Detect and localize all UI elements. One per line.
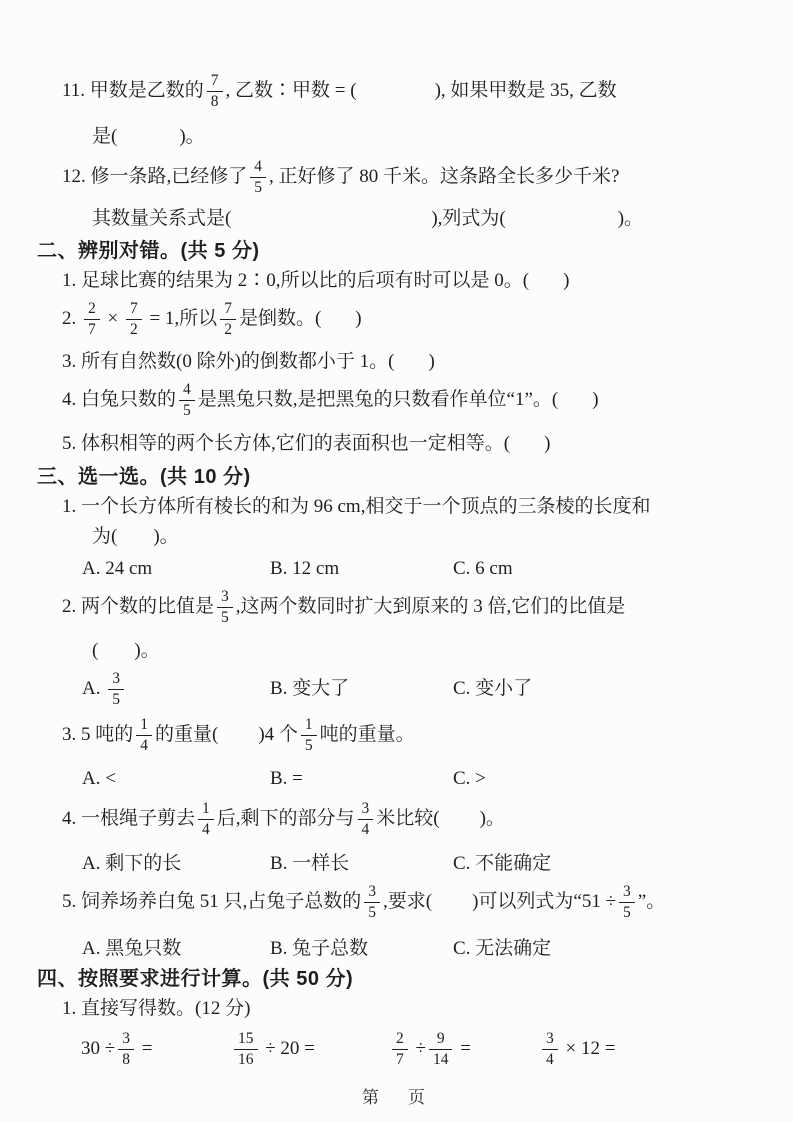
question-line-wrap: 为()。: [92, 522, 793, 552]
exam-body: 11. 甲数是乙数的78, 乙数∶甲数 = (), 如果甲数是 35, 乙数是(…: [0, 68, 793, 1072]
fraction-numerator: 2: [84, 300, 100, 319]
fraction-numerator: 15: [234, 1030, 258, 1049]
fraction: 78: [207, 72, 223, 111]
options-row: A. 黑兔只数B. 兔子总数C. 无法确定: [82, 934, 793, 964]
text-run: ×: [103, 305, 123, 333]
text-run: 2. 两个数的比值是: [62, 593, 214, 621]
text-run: )。: [480, 805, 505, 833]
text-run: 米比较(: [376, 805, 439, 833]
answer-blank: [440, 818, 480, 820]
fraction-denominator: 4: [542, 1049, 558, 1069]
text-run: )4 个: [258, 721, 298, 749]
options-row: A. <B. =C. >: [82, 764, 793, 794]
fraction-denominator: 4: [136, 735, 152, 755]
fraction: 914: [429, 1030, 453, 1069]
fraction: 72: [220, 300, 236, 339]
fraction-numerator: 3: [364, 883, 380, 902]
text-run: =: [137, 1035, 152, 1063]
text-run: B. 兔子总数: [270, 935, 368, 963]
text-run: )可以列式为“51 ÷: [472, 888, 616, 916]
answer-blank: [321, 318, 355, 320]
answer-blank: [98, 650, 134, 652]
question-line: 4. 一根绳子剪去14后,剩下的部分与34米比较()。: [62, 796, 793, 842]
text-run: ÷ 20 =: [261, 1035, 315, 1063]
text-run: ): [592, 386, 598, 414]
fraction-numerator: 4: [250, 158, 266, 177]
question-line: 5. 体积相等的两个长方体,它们的表面积也一定相等。(): [62, 429, 793, 459]
page-footer: 第 页: [0, 1083, 793, 1108]
fraction-denominator: 16: [234, 1049, 258, 1069]
calc-row: 30 ÷38 =1516 ÷ 20 =27 ÷914 =34 × 12 =: [81, 1026, 793, 1072]
text-run: 5. 饲养场养白兔 51 只,占兔子总数的: [62, 888, 361, 916]
question-line: 1. 一个长方体所有棱长的和为 96 cm,相交于一个顶点的三条棱的长度和: [62, 492, 793, 522]
fraction-denominator: 5: [364, 902, 380, 922]
text-run: 11. 甲数是乙数的: [62, 77, 204, 105]
answer-blank: [218, 734, 258, 736]
fraction-denominator: 5: [217, 607, 233, 627]
option-item: B. 变大了: [270, 675, 453, 703]
calc-item: 27 ÷914 =: [389, 1030, 539, 1069]
calc-item: 34 × 12 =: [539, 1030, 793, 1069]
text-run: 四、按照要求进行计算。(共 50 分): [37, 965, 353, 993]
fraction: 45: [250, 158, 266, 197]
fraction-numerator: 3: [217, 588, 233, 607]
option-item: A. 35: [82, 670, 270, 709]
fraction: 72: [126, 300, 142, 339]
calc-item: 30 ÷38 =: [81, 1030, 231, 1069]
option-item: B. =: [270, 765, 453, 793]
text-run: 1. 一个长方体所有棱长的和为 96 cm,相交于一个顶点的三条棱的长度和: [62, 493, 650, 521]
text-run: C. 无法确定: [453, 935, 551, 963]
text-run: ): [544, 430, 550, 458]
fraction: 34: [542, 1030, 558, 1069]
fraction: 35: [217, 588, 233, 627]
question-line-wrap: 是()。: [92, 122, 793, 152]
question-line-wrap: 其数量关系式是(),列式为()。: [92, 204, 793, 234]
text-run: 二、辨别对错。(共 5 分): [37, 237, 260, 265]
option-item: C. 6 cm: [453, 555, 793, 583]
text-run: )。: [618, 205, 643, 233]
option-item: A. 剩下的长: [82, 850, 270, 878]
fraction: 27: [84, 300, 100, 339]
text-run: 1. 直接写得数。(12 分): [62, 995, 250, 1023]
text-run: 的重量(: [155, 721, 218, 749]
question-line: 3. 所有自然数(0 除外)的倒数都小于 1。(): [62, 347, 793, 377]
text-run: 是黑兔只数,是把黑兔的只数看作单位“1”。(: [198, 386, 558, 414]
answer-blank: [506, 218, 618, 220]
calc-item: 1516 ÷ 20 =: [231, 1030, 389, 1069]
option-item: C. 变小了: [453, 675, 793, 703]
option-item: C. 无法确定: [453, 935, 793, 963]
text-run: 30 ÷: [81, 1035, 115, 1063]
fraction: 15: [301, 716, 317, 755]
option-item: C. 不能确定: [453, 850, 793, 878]
fraction-numerator: 7: [220, 300, 236, 319]
text-run: C. >: [453, 765, 486, 793]
question-line: 11. 甲数是乙数的78, 乙数∶甲数 = (), 如果甲数是 35, 乙数: [62, 68, 793, 114]
text-run: × 12 =: [561, 1035, 616, 1063]
fraction-denominator: 5: [301, 735, 317, 755]
text-run: 其数量关系式是(: [92, 205, 231, 233]
fraction-denominator: 7: [392, 1049, 408, 1069]
text-run: ), 如果甲数是 35, 乙数: [435, 77, 617, 105]
text-run: 3. 5 吨的: [62, 721, 133, 749]
text-run: B. 变大了: [270, 675, 349, 703]
fraction-denominator: 2: [220, 319, 236, 339]
fraction-denominator: 5: [250, 177, 266, 197]
text-run: 2.: [62, 305, 81, 333]
text-run: A. 黑兔只数: [82, 935, 181, 963]
text-run: , 乙数∶甲数 = (: [226, 77, 357, 105]
option-item: B. 一样长: [270, 850, 453, 878]
fraction-numerator: 7: [207, 72, 223, 91]
exam-page: 11. 甲数是乙数的78, 乙数∶甲数 = (), 如果甲数是 35, 乙数是(…: [0, 0, 793, 1122]
text-run: 1. 足球比赛的结果为 2∶0,所以比的后项有时可以是 0。(: [62, 267, 529, 295]
question-line: 1. 足球比赛的结果为 2∶0,所以比的后项有时可以是 0。(): [62, 266, 793, 296]
option-item: C. >: [453, 765, 793, 793]
answer-blank: [432, 901, 472, 903]
fraction-numerator: 3: [118, 1030, 134, 1049]
option-item: B. 12 cm: [270, 555, 453, 583]
text-run: ): [355, 305, 361, 333]
answer-blank: [510, 443, 544, 445]
question-line: 4. 白兔只数的45是黑兔只数,是把黑兔的只数看作单位“1”。(): [62, 377, 793, 423]
text-run: , 正好修了 80 千米。这条路全长多少千米?: [269, 163, 619, 191]
text-run: 4. 一根绳子剪去: [62, 805, 195, 833]
fraction: 35: [619, 883, 635, 922]
option-item: B. 兔子总数: [270, 935, 453, 963]
fraction: 34: [358, 800, 374, 839]
text-run: 4. 白兔只数的: [62, 386, 176, 414]
fraction-denominator: 8: [207, 91, 223, 111]
option-item: A. 24 cm: [82, 555, 270, 583]
fraction-numerator: 1: [136, 716, 152, 735]
question-line-wrap: ()。: [92, 636, 793, 666]
text-run: A. 剩下的长: [82, 850, 181, 878]
fraction-denominator: 4: [358, 819, 374, 839]
fraction-denominator: 5: [179, 400, 195, 420]
text-run: 为(: [92, 523, 117, 551]
question-line: 3. 5 吨的14的重量()4 个15吨的重量。: [62, 712, 793, 758]
text-run: )。: [134, 637, 159, 665]
fraction-denominator: 14: [429, 1049, 453, 1069]
text-run: ,要求(: [383, 888, 432, 916]
text-run: A.: [82, 675, 105, 703]
fraction: 35: [364, 883, 380, 922]
text-run: =: [455, 1035, 470, 1063]
fraction-numerator: 4: [179, 381, 195, 400]
fraction-numerator: 3: [619, 883, 635, 902]
text-run: C. 变小了: [453, 675, 532, 703]
section-heading: 四、按照要求进行计算。(共 50 分): [37, 964, 793, 994]
text-run: ,这两个数同时扩大到原来的 3 倍,它们的比值是: [236, 593, 626, 621]
text-run: 12. 修一条路,已经修了: [62, 163, 247, 191]
answer-blank: [558, 399, 592, 401]
text-run: C. 不能确定: [453, 850, 551, 878]
fraction: 35: [108, 670, 124, 709]
question-line: 2. 27 × 72 = 1,所以72是倒数。(): [62, 296, 793, 342]
fraction-numerator: 1: [198, 800, 214, 819]
text-run: )。: [179, 123, 204, 151]
fraction-denominator: 2: [126, 319, 142, 339]
fraction-numerator: 3: [358, 800, 374, 819]
answer-blank: [357, 90, 435, 92]
fraction-numerator: 3: [108, 670, 124, 689]
options-row: A. 剩下的长B. 一样长C. 不能确定: [82, 849, 793, 879]
text-run: 吨的重量。: [320, 721, 415, 749]
option-item: A. <: [82, 765, 270, 793]
section-heading: 二、辨别对错。(共 5 分): [37, 236, 793, 266]
fraction: 14: [136, 716, 152, 755]
text-run: C. 6 cm: [453, 555, 513, 583]
answer-blank: [117, 536, 153, 538]
text-run: 是倒数。(: [239, 305, 321, 333]
fraction: 14: [198, 800, 214, 839]
text-run: 后,剩下的部分与: [217, 805, 355, 833]
fraction-numerator: 2: [392, 1030, 408, 1049]
text-run: ÷: [411, 1035, 426, 1063]
text-run: B. 一样长: [270, 850, 349, 878]
text-run: = 1,所以: [145, 305, 217, 333]
text-run: 是(: [92, 123, 117, 151]
question-line: 5. 饲养场养白兔 51 只,占兔子总数的35,要求()可以列式为“51 ÷35…: [62, 879, 793, 925]
question-line: 12. 修一条路,已经修了45, 正好修了 80 千米。这条路全长多少千米?: [62, 154, 793, 200]
answer-blank: [529, 280, 563, 282]
text-run: B. =: [270, 765, 303, 793]
fraction-numerator: 7: [126, 300, 142, 319]
fraction: 38: [118, 1030, 134, 1069]
option-item: A. 黑兔只数: [82, 935, 270, 963]
fraction-denominator: 5: [108, 689, 124, 709]
options-row: A. 35B. 变大了C. 变小了: [82, 666, 793, 712]
text-run: ): [428, 348, 434, 376]
fraction: 1516: [234, 1030, 258, 1069]
fraction-denominator: 8: [118, 1049, 134, 1069]
text-run: 5. 体积相等的两个长方体,它们的表面积也一定相等。(: [62, 430, 510, 458]
text-run: )。: [153, 523, 178, 551]
fraction-denominator: 7: [84, 319, 100, 339]
fraction-denominator: 4: [198, 819, 214, 839]
text-run: ),列式为(: [431, 205, 505, 233]
fraction-numerator: 1: [301, 716, 317, 735]
text-run: A. 24 cm: [82, 555, 152, 583]
question-line: 1. 直接写得数。(12 分): [62, 994, 793, 1024]
text-run: ): [563, 267, 569, 295]
text-run: 3. 所有自然数(0 除外)的倒数都小于 1。(: [62, 348, 394, 376]
section-heading: 三、选一选。(共 10 分): [37, 462, 793, 492]
answer-blank: [394, 361, 428, 363]
answer-blank: [231, 218, 431, 220]
text-run: A. <: [82, 765, 116, 793]
fraction-numerator: 3: [542, 1030, 558, 1049]
text-run: 三、选一选。(共 10 分): [37, 463, 251, 491]
fraction: 27: [392, 1030, 408, 1069]
text-run: ”。: [638, 888, 665, 916]
text-run: B. 12 cm: [270, 555, 339, 583]
question-line: 2. 两个数的比值是35,这两个数同时扩大到原来的 3 倍,它们的比值是: [62, 584, 793, 630]
answer-blank: [117, 136, 179, 138]
fraction-denominator: 5: [619, 902, 635, 922]
fraction: 45: [179, 381, 195, 420]
options-row: A. 24 cmB. 12 cmC. 6 cm: [82, 554, 793, 584]
fraction-numerator: 9: [433, 1030, 449, 1049]
